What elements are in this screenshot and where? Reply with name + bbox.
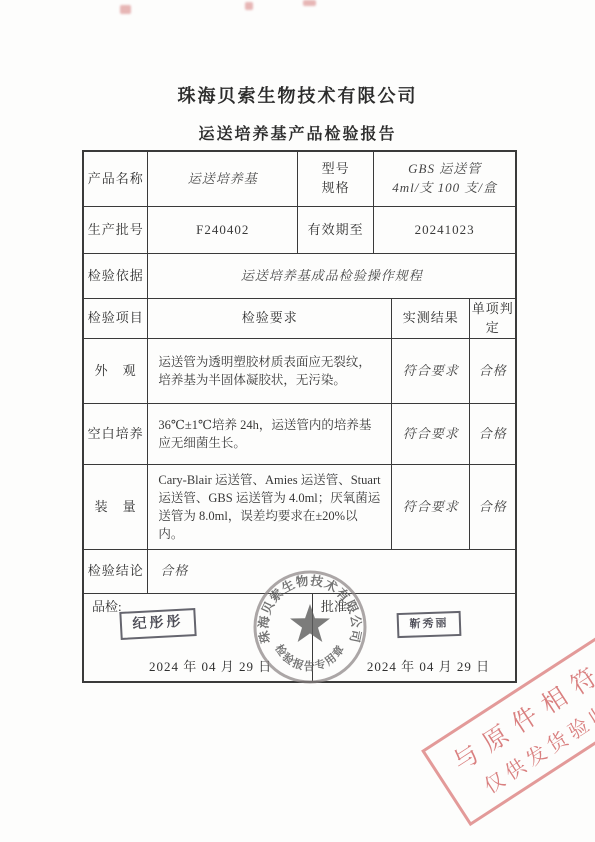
header-judgement: 单项判定 — [470, 299, 515, 338]
report-title: 运送培养基产品检验报告 — [0, 121, 595, 144]
seal-graphic: 珠海贝索生物技术有限公司 检验报告专用章 — [250, 567, 370, 687]
model-value-line2: 4ml/支 100 支/盒 — [392, 179, 497, 198]
model-spec-label: 型号 规格 — [298, 152, 374, 206]
model-label: 型号 — [322, 160, 350, 179]
expiry-value: 20241023 — [374, 207, 515, 253]
batch-value: F240402 — [148, 207, 298, 253]
result-row-appearance: 外 观 运送管为透明塑胶材质表面应无裂纹，培养基为半固体凝胶状，无污染。 符合要… — [84, 339, 515, 404]
item-result: 符合要求 — [392, 404, 470, 464]
report-page: 珠海贝索生物技术有限公司 运送培养基产品检验报告 产品名称 运送培养基 型号 规… — [0, 0, 595, 842]
item-name: 外 观 — [84, 339, 148, 403]
item-requirement: Cary-Blair 运送管、Amies 运送管、Stuart 运送管、GBS … — [148, 465, 392, 549]
product-name-label: 产品名称 — [84, 152, 148, 206]
result-row-fill-volume: 装 量 Cary-Blair 运送管、Amies 运送管、Stuart 运送管、… — [84, 465, 515, 550]
basis-label: 检验依据 — [84, 254, 148, 298]
item-judgement: 合格 — [470, 404, 515, 464]
expiry-label: 有效期至 — [298, 207, 374, 253]
model-spec-value: GBS 运送管 4ml/支 100 支/盒 — [374, 152, 515, 206]
item-judgement: 合格 — [470, 339, 515, 403]
item-judgement: 合格 — [470, 465, 515, 549]
red-mark-fragment — [245, 2, 253, 10]
company-round-seal: 珠海贝索生物技术有限公司 检验报告专用章 — [250, 567, 370, 687]
item-result: 符合要求 — [392, 339, 470, 403]
row-product: 产品名称 运送培养基 型号 规格 GBS 运送管 4ml/支 100 支/盒 — [84, 152, 515, 207]
seal-caption-text: 检验报告专用章 — [272, 642, 347, 673]
company-title: 珠海贝索生物技术有限公司 — [0, 82, 595, 108]
conclusion-label: 检验结论 — [84, 550, 148, 593]
seal-star-icon — [290, 604, 330, 642]
model-value-line1: GBS 运送管 — [408, 160, 481, 179]
result-row-blank-culture: 空白培养 36℃±1℃培养 24h，运送管内的培养基应无细菌生长。 符合要求 合… — [84, 404, 515, 465]
results-header-row: 检验项目 检验要求 实测结果 单项判定 — [84, 299, 515, 339]
item-name: 空白培养 — [84, 404, 148, 464]
row-batch: 生产批号 F240402 有效期至 20241023 — [84, 207, 515, 254]
row-basis: 检验依据 运送培养基成品检验操作规程 — [84, 254, 515, 299]
item-result: 符合要求 — [392, 465, 470, 549]
red-mark-fragment — [120, 5, 131, 14]
red-mark-fragment — [303, 0, 316, 6]
product-name-value: 运送培养基 — [148, 152, 298, 206]
basis-value: 运送培养基成品检验操作规程 — [148, 254, 515, 298]
header-item: 检验项目 — [84, 299, 148, 338]
approver-name-stamp: 靳秀丽 — [396, 611, 461, 638]
item-name: 装 量 — [84, 465, 148, 549]
inspector-name-stamp: 纪彤彤 — [119, 608, 196, 640]
header-result: 实测结果 — [392, 299, 470, 338]
header-requirement: 检验要求 — [148, 299, 392, 338]
approver-date: 2024 年 04 月 29 日 — [367, 658, 490, 677]
item-requirement: 运送管为透明塑胶材质表面应无裂纹，培养基为半固体凝胶状，无污染。 — [148, 339, 392, 403]
batch-label: 生产批号 — [84, 207, 148, 253]
item-requirement: 36℃±1℃培养 24h，运送管内的培养基应无细菌生长。 — [148, 404, 392, 464]
spec-label: 规格 — [322, 179, 350, 198]
inspector-label: 品检: — [92, 598, 122, 617]
